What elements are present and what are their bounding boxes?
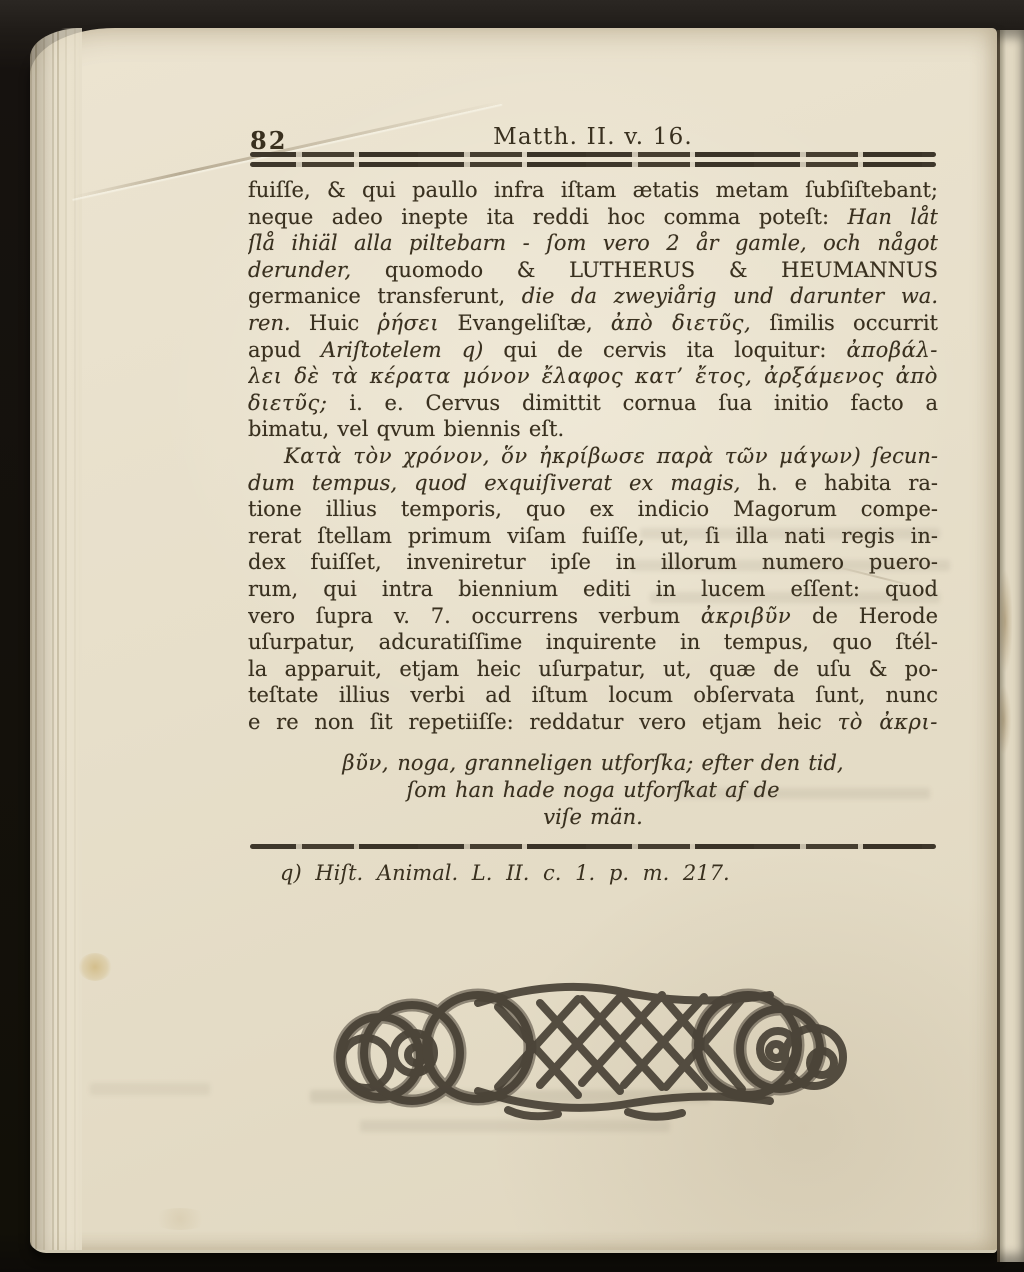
text-segment: germanice transferunt, (248, 284, 522, 308)
book-photo: 82 Matth. II. v. 16. fuiſſe, & qui paull… (0, 0, 1024, 1272)
text-line: q) Hiſt. Animal. L. II. c. 1. p. m. 217. (280, 860, 938, 887)
body-text: fuiſſe, & qui paullo infra iſtam ætatis … (248, 177, 938, 830)
text-segment: rum, qui intra biennium editi in lucem e… (248, 577, 938, 601)
text-line: tione illius temporis, quo ex indicio Ma… (248, 496, 938, 523)
text-segment: ſom han hade noga utforſkat af de (406, 778, 779, 802)
text-line: neque adeo inepte ita reddi hoc comma po… (248, 204, 938, 231)
text-segment: derunder, (248, 258, 351, 282)
text-line: e re non ſit repetiiſſe: reddatur vero e… (248, 709, 938, 736)
text-line: rerat ſtellam primum viſam fuiſſe, ut, ſ… (248, 523, 938, 550)
stain-mark (78, 953, 112, 981)
text-segment: ren. (248, 311, 291, 335)
text-segment: noga, granneligen utforſka; efter den ti… (389, 751, 843, 775)
text-segment: la apparuit, etjam heic uſurpatur, ut, q… (248, 657, 938, 681)
text-segment: uſurpatur, adcuratiſſime inquirente in t… (248, 630, 938, 654)
text-segment: vero ſupra v. 7. occurrens verbum (248, 604, 701, 628)
text-segment: i. e. Cervus dimittit cornua ſua initio … (328, 391, 938, 415)
page-header: 82 Matth. II. v. 16. (248, 124, 938, 150)
text-segment: τὸ ἀκρι- (838, 710, 938, 734)
page-number: 82 (250, 126, 287, 155)
page-edges-left (30, 28, 82, 1250)
text-segment: Han låt (848, 205, 938, 229)
text-line: derunder, quomodo & LUTHERUS & HEUMANNUS (248, 257, 938, 284)
text-segment: qui de cervis ita loquitur: (483, 338, 846, 362)
text-line: Κατὰ τὸν χρόνον, ὅν ἠκρίβωσε παρὰ τῶν μά… (248, 443, 938, 470)
text-segment: ἀπὸ διετῦς, (611, 311, 751, 335)
text-line: bimatu, vel qvum biennis eſt. (248, 416, 938, 443)
text-segment: die da zweyiårig und darunter wa. (522, 284, 938, 308)
text-segment: ſecun- (861, 444, 938, 468)
text-segment: quomodo & LUTHERUS & HEUMANNUS (351, 258, 938, 282)
text-segment: ἀκριβῦν (701, 604, 791, 628)
text-column: 82 Matth. II. v. 16. fuiſſe, & qui paull… (248, 124, 938, 1129)
text-line: dum tempus, quod exquiſiverat ex magis, … (248, 470, 938, 497)
text-segment: ſlå ihiäl alla piltebarn - ſom vero 2 år… (248, 231, 938, 255)
text-segment: διετῦς; (248, 391, 328, 415)
text-line: uſurpatur, adcuratiſſime inquirente in t… (248, 629, 938, 656)
text-line: dex fuiſſet, inveniretur ipſe in illorum… (248, 549, 938, 576)
text-line: apud Ariſtotelem q) qui de cervis ita lo… (248, 337, 938, 364)
text-segment: dex fuiſſet, inveniretur ipſe in illorum… (248, 550, 938, 574)
stain-mark (150, 1208, 210, 1230)
text-line: λει δὲ τὰ κέρατα μόνον ἔλαφος κατ’ ἔτος,… (248, 363, 938, 390)
text-line: ſom han hade noga utforſkat af de (248, 777, 938, 804)
text-segment: Κατὰ τὸν χρόνον, ὅν ἠκρίβωσε παρὰ τῶν μά… (284, 444, 861, 468)
text-line: la apparuit, etjam heic uſurpatur, ut, q… (248, 656, 938, 683)
text-segment: Huic (291, 311, 378, 335)
text-segment: e re non ſit repetiiſſe: reddatur vero e… (248, 710, 838, 734)
text-segment: h. e habita ra- (740, 471, 938, 495)
book-page: 82 Matth. II. v. 16. fuiſſe, & qui paull… (30, 28, 997, 1253)
text-segment: q) Hiſt. Animal. L. II. c. 1. p. m. 217. (280, 861, 730, 885)
text-segment: fuiſſe, & qui paullo infra iſtam ætatis … (248, 178, 938, 202)
text-line: fuiſſe, & qui paullo infra iſtam ætatis … (248, 177, 938, 204)
text-segment: ſimilis occurrit (751, 311, 938, 335)
printers-ornament (328, 969, 858, 1129)
text-line: vero ſupra v. 7. occurrens verbum ἀκριβῦ… (248, 603, 938, 630)
text-line: ſlå ihiäl alla piltebarn - ſom vero 2 år… (248, 230, 938, 257)
text-line: ren. Huic ῥήσει Evangeliſtæ, ἀπὸ διετῦς,… (248, 310, 938, 337)
text-segment: apud (248, 338, 321, 362)
text-segment: Evangeliſtæ, (439, 311, 611, 335)
running-title: Matth. II. v. 16. (248, 124, 938, 150)
text-segment: ἀποβάλ- (846, 338, 938, 362)
text-segment: bimatu, vel qvum biennis eſt. (248, 417, 564, 441)
footnote: q) Hiſt. Animal. L. II. c. 1. p. m. 217. (248, 860, 938, 887)
text-segment: viſe män. (543, 805, 643, 829)
text-segment: teſtate illius verbi ad iſtum locum obſe… (248, 683, 938, 707)
text-segment: neque adeo inepte ita reddi hoc comma po… (248, 205, 848, 229)
text-segment: Ariſtotelem q) (321, 338, 483, 362)
text-segment: dum tempus, quod exquiſiverat ex magis, (248, 471, 740, 495)
next-page-edge (997, 30, 1024, 1262)
header-rule (248, 152, 938, 167)
footnote-rule (250, 844, 936, 849)
text-segment: βῦν, (342, 751, 389, 775)
text-line: viſe män. (248, 804, 938, 831)
text-line: rum, qui intra biennium editi in lucem e… (248, 576, 938, 603)
text-line: teſtate illius verbi ad iſtum locum obſe… (248, 682, 938, 709)
show-through-mark (90, 1083, 210, 1095)
text-segment: λει δὲ τὰ κέρατα μόνον ἔλαφος κατ’ ἔτος,… (248, 364, 938, 388)
text-line: germanice transferunt, die da zweyiårig … (248, 283, 938, 310)
text-segment: de Herode (791, 604, 938, 628)
text-segment: ῥήσει (377, 311, 439, 335)
text-line: διετῦς; i. e. Cervus dimittit cornua ſua… (248, 390, 938, 417)
text-segment: rerat ſtellam primum viſam fuiſſe, ut, ſ… (248, 524, 938, 548)
text-segment: tione illius temporis, quo ex indicio Ma… (248, 497, 938, 521)
text-line: βῦν, noga, granneligen utforſka; efter d… (248, 750, 938, 777)
